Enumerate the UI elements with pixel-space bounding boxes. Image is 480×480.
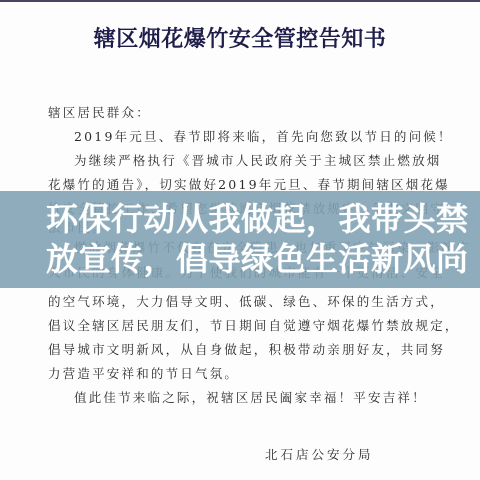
salutation: 辖区居民群众： bbox=[48, 101, 432, 125]
paragraph-line: 的空气环境，大力倡导文明、低碳、绿色、环保的生活方式， bbox=[48, 290, 432, 314]
paragraph-line: 倡议全辖区居民朋友们，节日期间自觉遵守烟花爆竹禁放规定， bbox=[48, 314, 432, 338]
signature: 北石店公安分局 bbox=[265, 445, 374, 463]
notice-title: 辖区烟花爆竹安全管控告知书 bbox=[0, 22, 480, 53]
headline-line-2: 放宣传，倡导绿色生活新风尚 bbox=[46, 239, 446, 279]
top-border bbox=[0, 0, 480, 2]
headline-overlay-band: 环保行动从我做起，我带头禁 放宣传，倡导绿色生活新风尚 bbox=[0, 191, 480, 288]
headline-line-1: 环保行动从我做起，我带头禁 bbox=[46, 199, 446, 239]
paragraph-line: 为继续严格执行《晋城市人民政府关于主城区禁止燃放烟 bbox=[48, 149, 432, 173]
closing-wish: 值此佳节来临之际，祝辖区居民阖家幸福！平安吉祥！ bbox=[48, 386, 432, 410]
paragraph-line: 力营造平安祥和的节日气氛。 bbox=[48, 362, 432, 386]
greeting-line: 2019年元旦、春节即将来临，首先向您致以节日的问候！ bbox=[48, 125, 432, 149]
paragraph-line: 倡导城市文明新风，从自身做起，积极带动亲朋好友，共同努 bbox=[48, 338, 432, 362]
